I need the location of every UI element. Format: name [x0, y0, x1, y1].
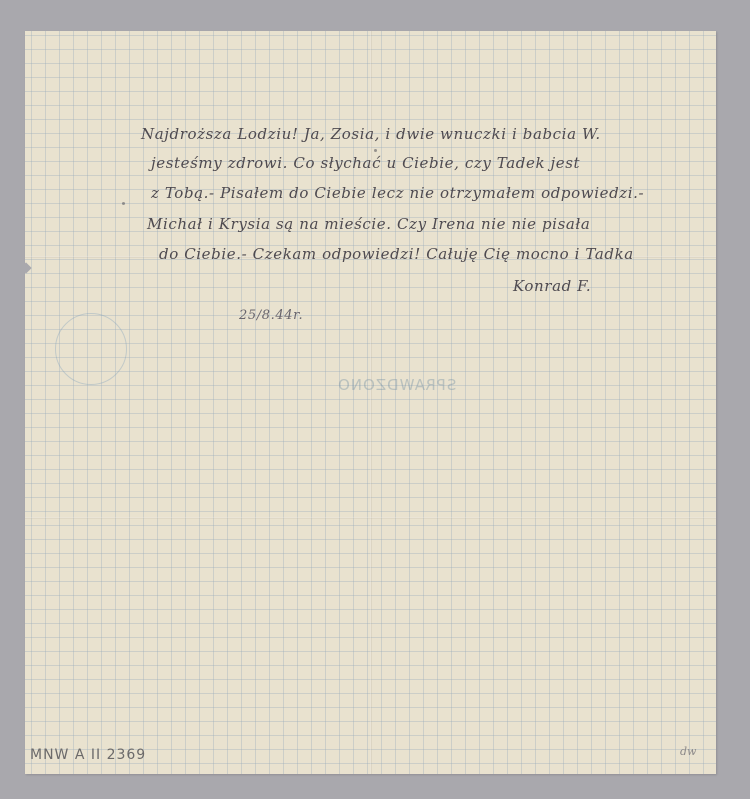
- letter-line-3: z Tobą.- Pisałem do Ciebie lecz nie otrz…: [151, 184, 644, 202]
- horizontal-fold-line-lower: [25, 517, 716, 519]
- censor-stamp: SPRAWDZONO: [337, 376, 456, 394]
- letter-line-4: Michał i Krysia są na mieście. Czy Irena…: [147, 215, 590, 233]
- letter-paper: Najdroższa Lodziu! Ja, Zosia, i dwie wnu…: [25, 31, 716, 774]
- catalog-number: MNW A II 2369: [30, 747, 146, 763]
- faint-circular-stamp: [55, 313, 127, 385]
- ink-dot: [122, 202, 125, 205]
- letter-line-5: do Ciebie.- Czekam odpowiedzi! Całuję Ci…: [159, 245, 634, 263]
- letter-line-1: Najdroższa Lodziu! Ja, Zosia, i dwie wnu…: [141, 125, 601, 143]
- ink-dot: [374, 149, 377, 152]
- paper-notch: [20, 262, 31, 273]
- corner-initials: dw: [680, 745, 696, 758]
- signature: Konrad F.: [513, 277, 591, 295]
- letter-line-2: jesteśmy zdrowi. Co słychać u Ciebie, cz…: [151, 154, 580, 172]
- date-annotation: 25/8.44r.: [239, 308, 303, 323]
